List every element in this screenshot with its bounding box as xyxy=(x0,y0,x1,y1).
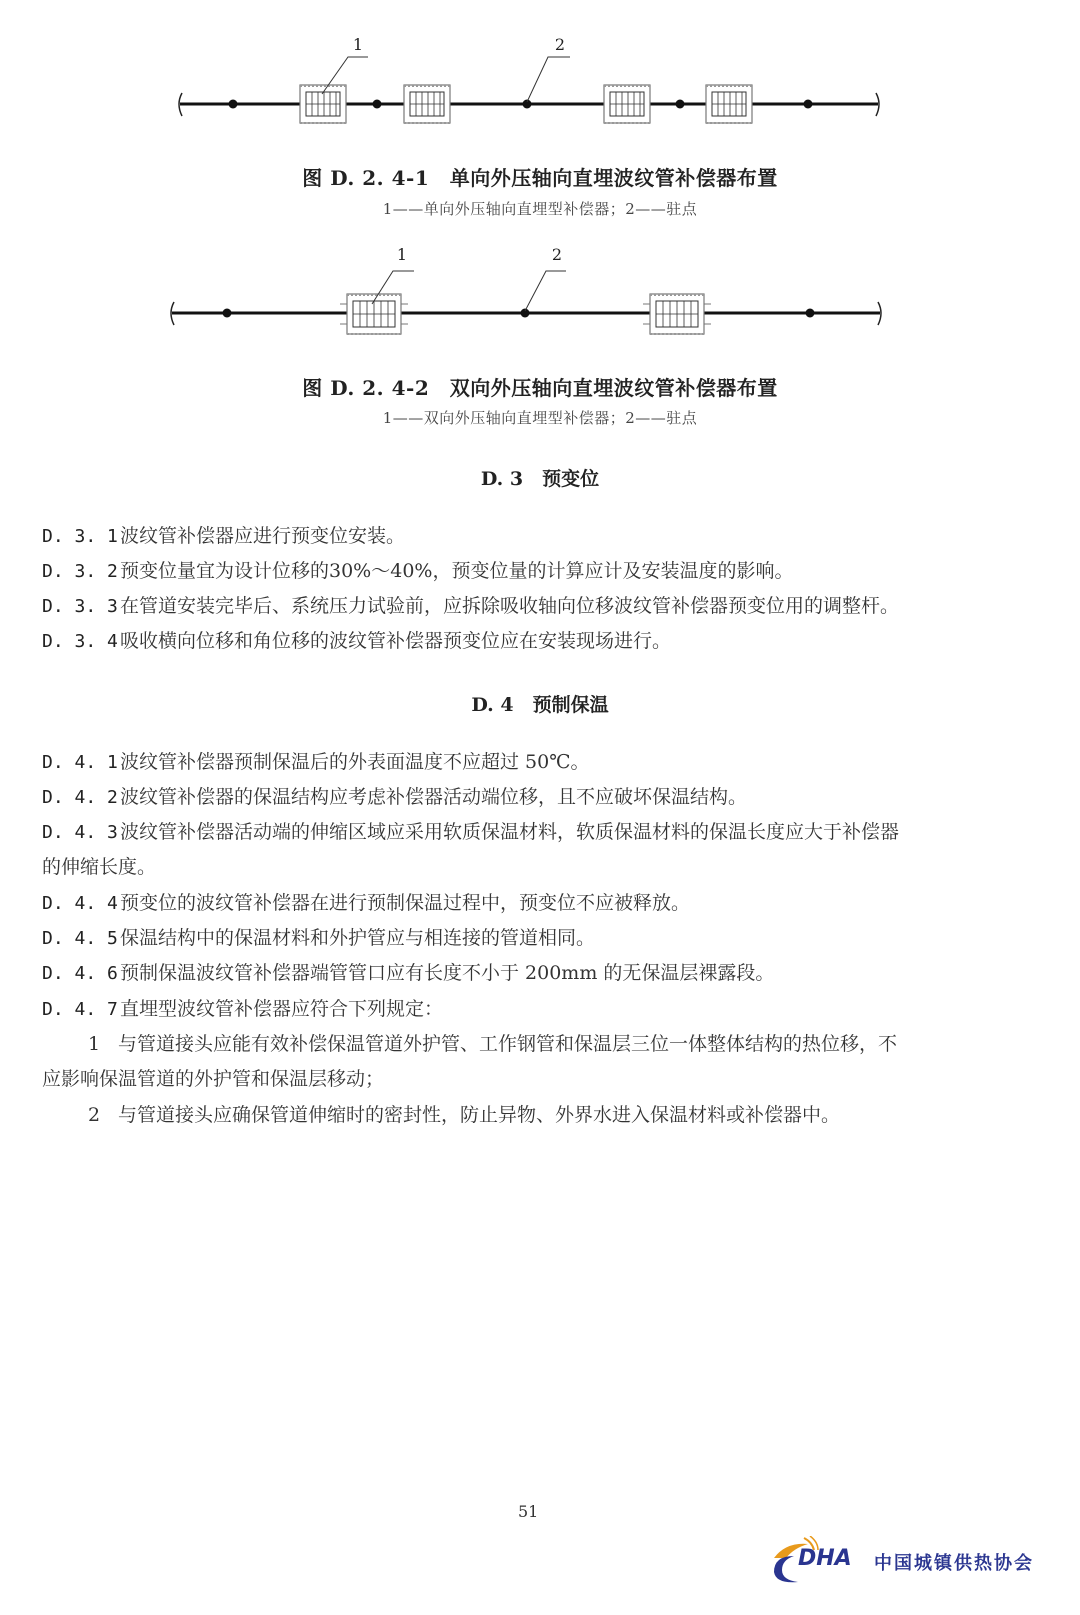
clause-d-4-6: D. 4. 6预制保温波纹管补偿器端管管口应有长度不小于 200mm 的无保温层… xyxy=(42,955,1042,992)
figure-d-2-4-2-diagram: 1 2 xyxy=(0,238,1080,348)
list-text: 与管道接头应能有效补偿保温管道外护管、工作钢管和保温层三位一体整体结构的热位移，… xyxy=(118,1033,897,1055)
clause-text: 波纹管补偿器的保温结构应考虑补偿器活动端位移，且不应破坏保温结构。 xyxy=(120,786,747,808)
logo-abbreviation: DHA xyxy=(798,1546,852,1571)
section-title-d3: D. 3 预变位 xyxy=(0,464,1080,491)
clause-text: 的伸缩长度。 xyxy=(42,856,156,878)
clause-d-4-3-continuation: 的伸缩长度。 xyxy=(42,849,1042,885)
clause-d-4-5: D. 4. 5保温结构中的保温材料和外护管应与相连接的管道相同。 xyxy=(42,920,1042,957)
clause-number: D. 4. 4 xyxy=(42,886,120,922)
clause-d-4-1: D. 4. 1波纹管补偿器预制保温后的外表面温度不应超过 50℃。 xyxy=(42,744,1042,781)
list-item-1: 1与管道接头应能有效补偿保温管道外护管、工作钢管和保温层三位一体整体结构的热位移… xyxy=(42,1026,1032,1062)
clause-number: D. 4. 1 xyxy=(42,745,120,781)
page-number: 51 xyxy=(518,1502,538,1521)
clause-number: D. 4. 5 xyxy=(42,921,120,957)
clause-d-4-4: D. 4. 4预变位的波纹管补偿器在进行预制保温过程中，预变位不应被释放。 xyxy=(42,885,1042,922)
callout-1: 1 xyxy=(397,245,407,264)
compensator-icon xyxy=(404,85,450,123)
pipe-layout-diagram-1: 1 2 xyxy=(0,30,1080,140)
clause-d-4-3: D. 4. 3波纹管补偿器活动端的伸缩区域应采用软质保温材料，软质保温材料的保温… xyxy=(42,814,1042,851)
cdha-logo: DHA 中国城镇供热协会 xyxy=(768,1536,1048,1586)
clause-number: D. 4. 6 xyxy=(42,956,120,992)
clause-text: 波纹管补偿器活动端的伸缩区域应采用软质保温材料，软质保温材料的保温长度应大于补偿… xyxy=(120,821,899,843)
callout-2: 2 xyxy=(552,245,562,264)
list-text: 应影响保温管道的外护管和保温层移动； xyxy=(42,1068,384,1090)
clause-text: 预制保温波纹管补偿器端管管口应有长度不小于 200mm 的无保温层裸露段。 xyxy=(120,962,774,984)
figure-caption: 图 D. 2. 4-2 双向外压轴向直埋波纹管补偿器布置 xyxy=(0,372,1080,401)
clause-text: 预变位量宜为设计位移的30%～40%，预变位量的计算应计及安装温度的影响。 xyxy=(120,560,793,582)
clause-text: 吸收横向位移和角位移的波纹管补偿器预变位应在安装现场进行。 xyxy=(120,630,671,652)
clause-number: D. 4. 7 xyxy=(42,992,120,1028)
clause-d-3-4: D. 3. 4吸收横向位移和角位移的波纹管补偿器预变位应在安装现场进行。 xyxy=(42,623,1042,660)
compensator-icon xyxy=(706,85,752,123)
clause-number: D. 3. 4 xyxy=(42,624,120,660)
clause-text: 保温结构中的保温材料和外护管应与相连接的管道相同。 xyxy=(120,927,595,949)
figure-legend: 1——单向外压轴向直埋型补偿器；2——驻点 xyxy=(0,198,1080,219)
clause-d-3-2: D. 3. 2预变位量宜为设计位移的30%～40%，预变位量的计算应计及安装温度… xyxy=(42,553,1042,590)
clause-number: D. 3. 2 xyxy=(42,554,120,590)
compensator-icon xyxy=(643,294,711,334)
clause-d-3-1: D. 3. 1波纹管补偿器应进行预变位安装。 xyxy=(42,518,1042,555)
compensator-icon xyxy=(300,85,346,123)
clause-d-4-7: D. 4. 7直埋型波纹管补偿器应符合下列规定： xyxy=(42,991,1042,1028)
callout-1: 1 xyxy=(353,35,363,54)
figure-legend: 1——双向外压轴向直埋型补偿器；2——驻点 xyxy=(0,407,1080,428)
clause-number: D. 3. 1 xyxy=(42,519,120,555)
callout-2: 2 xyxy=(555,35,565,54)
figure-caption: 图 D. 2. 4-1 单向外压轴向直埋波纹管补偿器布置 xyxy=(0,162,1080,191)
list-index: 2 xyxy=(88,1097,118,1133)
list-text: 与管道接头应确保管道伸缩时的密封性，防止异物、外界水进入保温材料或补偿器中。 xyxy=(118,1104,840,1126)
clause-d-3-3: D. 3. 3在管道安装完毕后、系统压力试验前，应拆除吸收轴向位移波纹管补偿器预… xyxy=(42,588,1042,625)
clause-text: 波纹管补偿器预制保温后的外表面温度不应超过 50℃。 xyxy=(120,751,589,773)
clause-d-4-2: D. 4. 2波纹管补偿器的保温结构应考虑补偿器活动端位移，且不应破坏保温结构。 xyxy=(42,779,1042,816)
clause-number: D. 4. 2 xyxy=(42,780,120,816)
list-index: 1 xyxy=(88,1026,118,1062)
section-title-d4: D. 4 预制保温 xyxy=(0,690,1080,717)
figure-d-2-4-1-diagram: 1 2 xyxy=(0,30,1080,140)
clause-number: D. 4. 3 xyxy=(42,815,120,851)
logo-organization-name: 中国城镇供热协会 xyxy=(874,1549,1034,1575)
clause-text: 直埋型波纹管补偿器应符合下列规定： xyxy=(120,998,443,1020)
list-item-2: 2与管道接头应确保管道伸缩时的密封性，防止异物、外界水进入保温材料或补偿器中。 xyxy=(42,1097,1032,1133)
clause-number: D. 3. 3 xyxy=(42,589,120,625)
compensator-icon xyxy=(604,85,650,123)
list-item-1-continuation: 应影响保温管道的外护管和保温层移动； xyxy=(42,1061,1042,1097)
pipe-layout-diagram-2: 1 2 xyxy=(0,238,1080,348)
clause-text: 预变位的波纹管补偿器在进行预制保温过程中，预变位不应被释放。 xyxy=(120,892,690,914)
clause-text: 波纹管补偿器应进行预变位安装。 xyxy=(120,525,405,547)
clause-text: 在管道安装完毕后、系统压力试验前，应拆除吸收轴向位移波纹管补偿器预变位用的调整杆… xyxy=(120,595,899,617)
